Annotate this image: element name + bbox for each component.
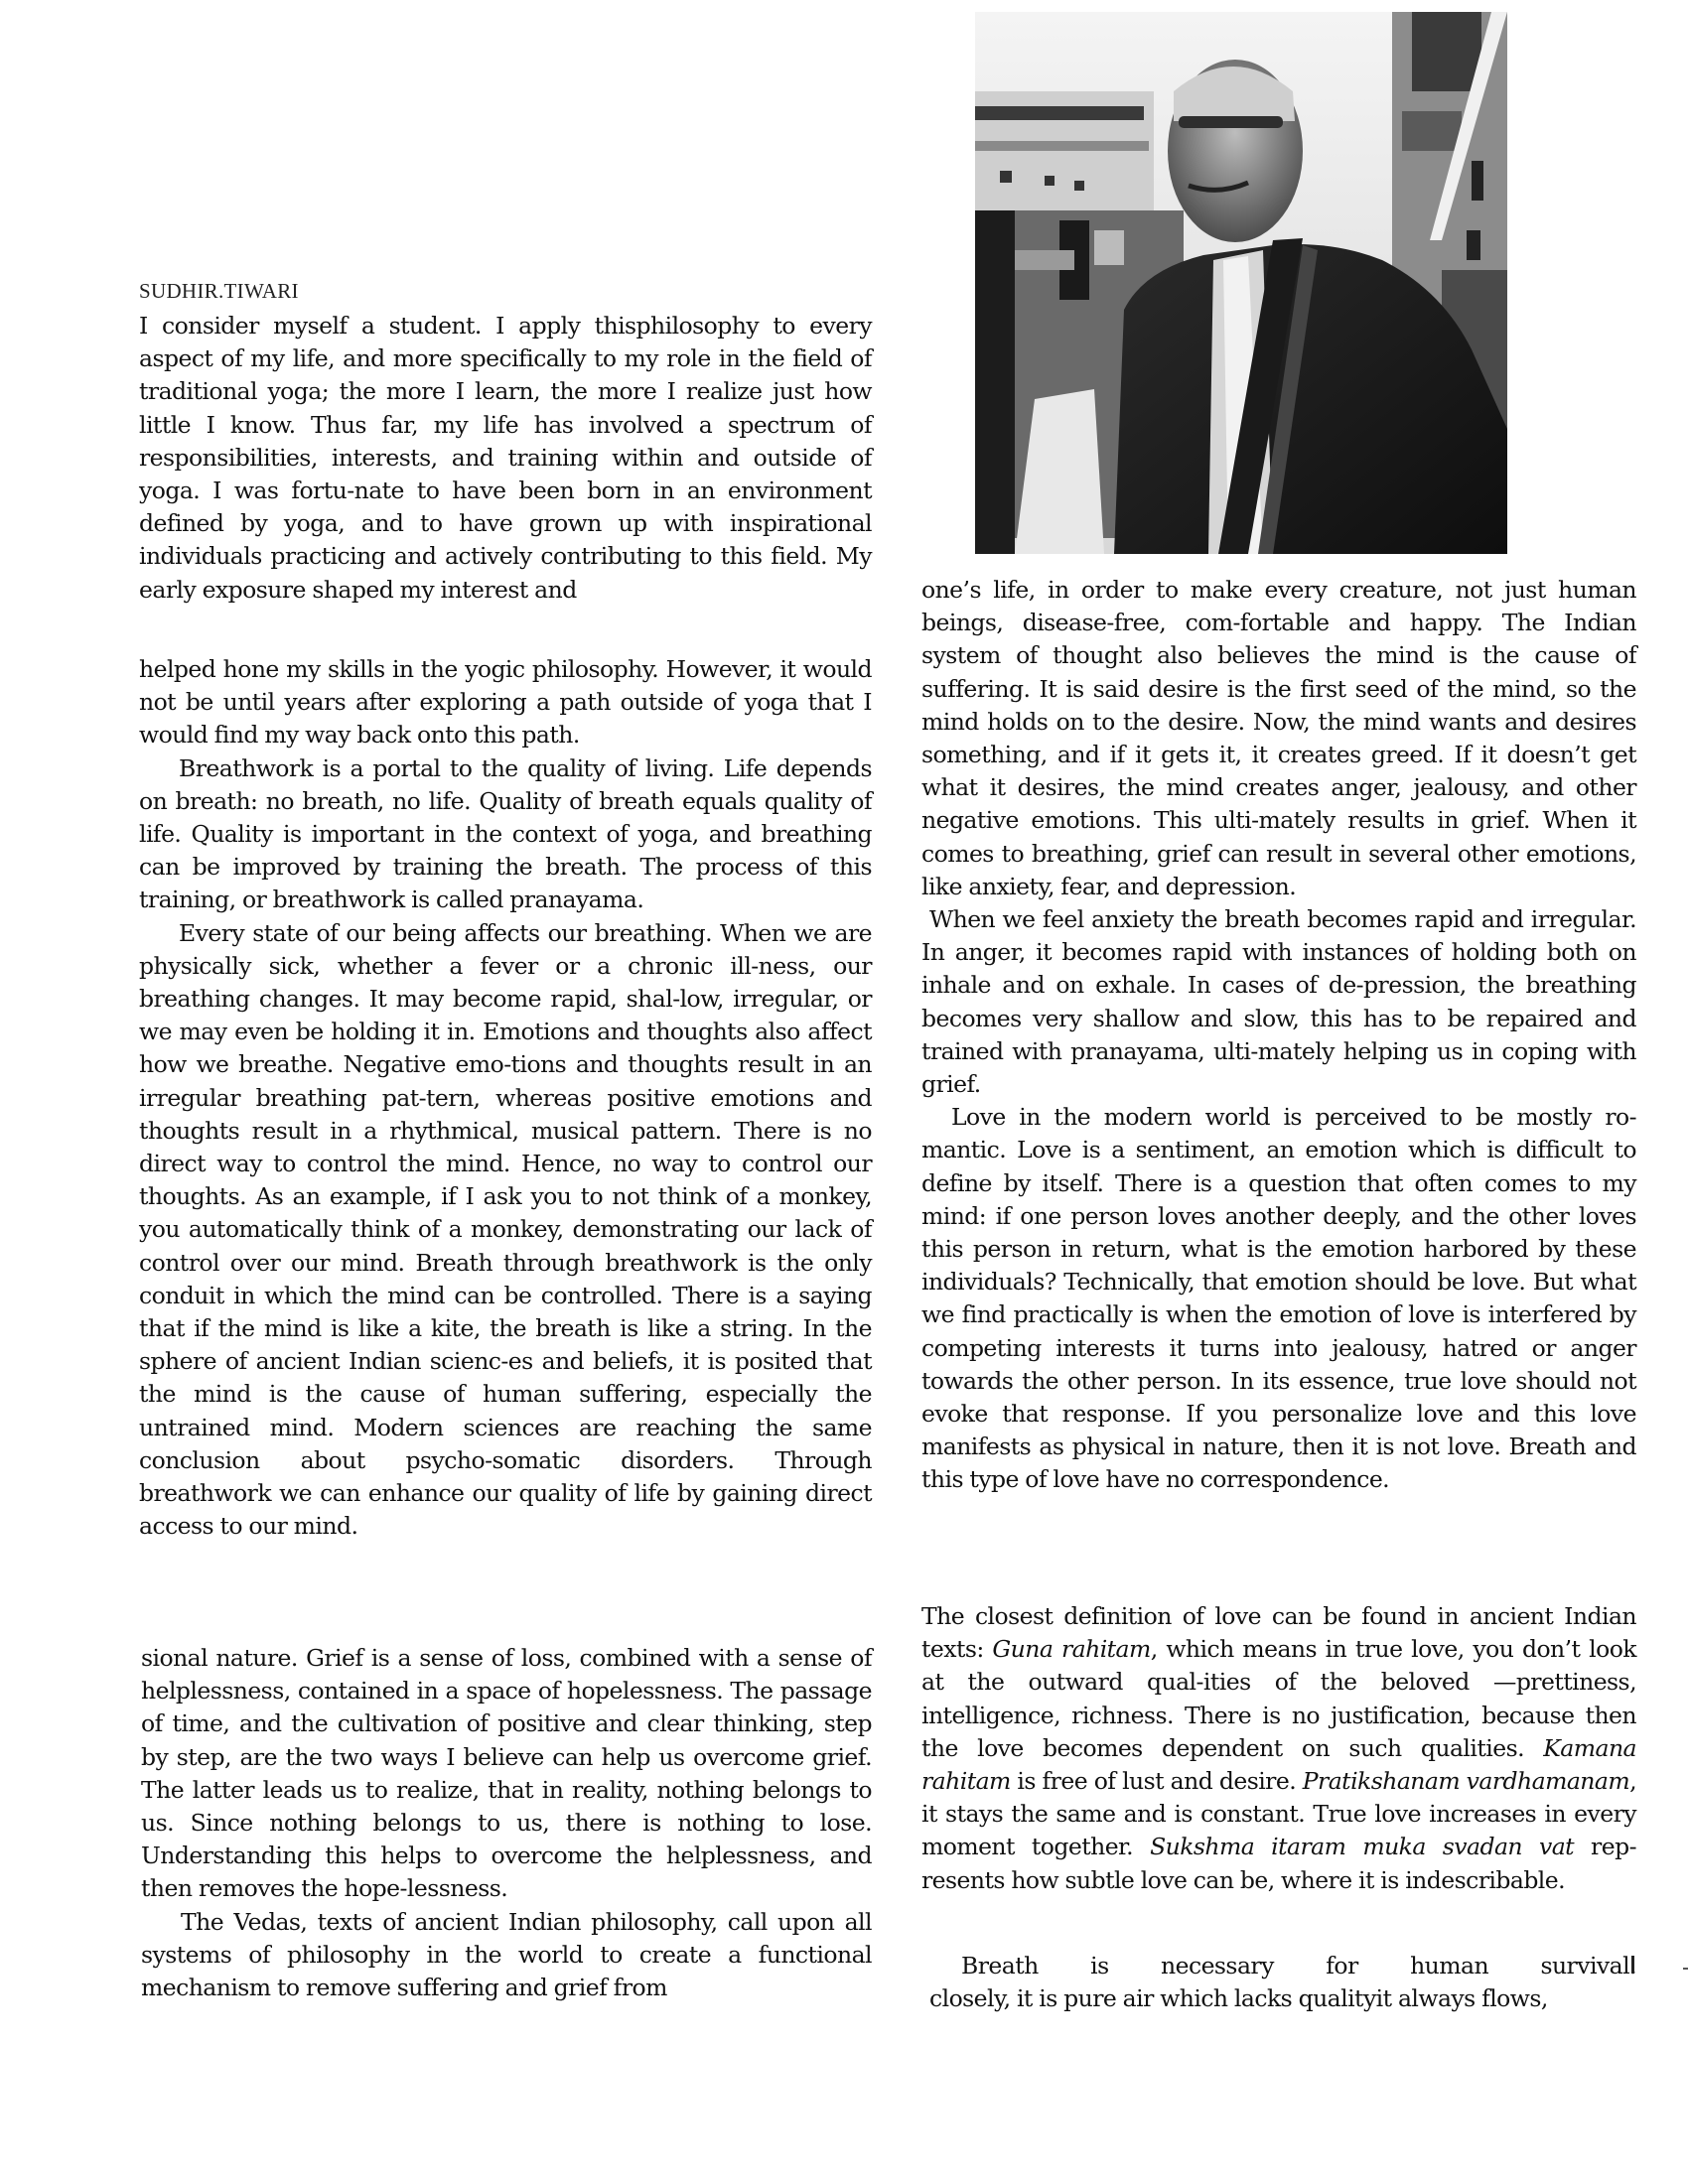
closing-line: Breath is necessary for human survival. [921, 1950, 1636, 1982]
clipped-glyph-mark [1683, 1968, 1688, 1970]
left-column-body: helped hone my skills in the yogic philo… [139, 653, 872, 1543]
body-paragraph: helped hone my skills in the yogic philo… [139, 653, 872, 752]
body-paragraph: Love in the modern world is perceived to… [921, 1101, 1636, 1496]
body-paragraph: When we feel anxiety the breath becomes … [921, 903, 1636, 1101]
left-column-lower: sional nature. Grief is a sense of loss,… [141, 1642, 872, 2004]
left-column-intro: I consider myself a student. I apply thi… [139, 310, 872, 607]
body-paragraph: Every state of our being affects our bre… [139, 917, 872, 1544]
text-run: is free of lust and desire. [1011, 1767, 1303, 1795]
intro-paragraph: I consider myself a student. I apply thi… [139, 310, 872, 607]
right-column-closing: Breath is necessary for human survival. … [921, 1950, 1636, 2015]
sanskrit-term: Pratikshanam vardhamanam [1303, 1767, 1629, 1795]
body-paragraph: The Vedas, texts of ancient Indian philo… [141, 1906, 872, 2005]
document-page: SUDHIR.TIWARI I consider myself a studen… [0, 0, 1688, 2184]
right-column-love-definition: The closest definition of love can be fo… [921, 1600, 1636, 1897]
author-name: SUDHIR.TIWARI [139, 279, 299, 304]
author-photo [975, 12, 1507, 554]
body-paragraph: sional nature. Grief is a sense of loss,… [141, 1642, 872, 1906]
body-paragraph: Breathwork is a portal to the quality of… [139, 752, 872, 917]
closing-line: closely, it is pure air which lacks qual… [921, 1982, 1636, 2015]
love-definition-paragraph: The closest definition of love can be fo… [921, 1600, 1636, 1897]
right-column-body: one’s life, in order to make every creat… [921, 574, 1636, 1497]
sanskrit-term: Guna rahitam [992, 1635, 1150, 1663]
sanskrit-term: Sukshma itaram muka svadan vat [1150, 1833, 1574, 1860]
clipped-glyph-mark [1631, 1956, 1634, 1974]
body-paragraph: one’s life, in order to make every creat… [921, 574, 1636, 903]
photo-image [975, 12, 1507, 554]
